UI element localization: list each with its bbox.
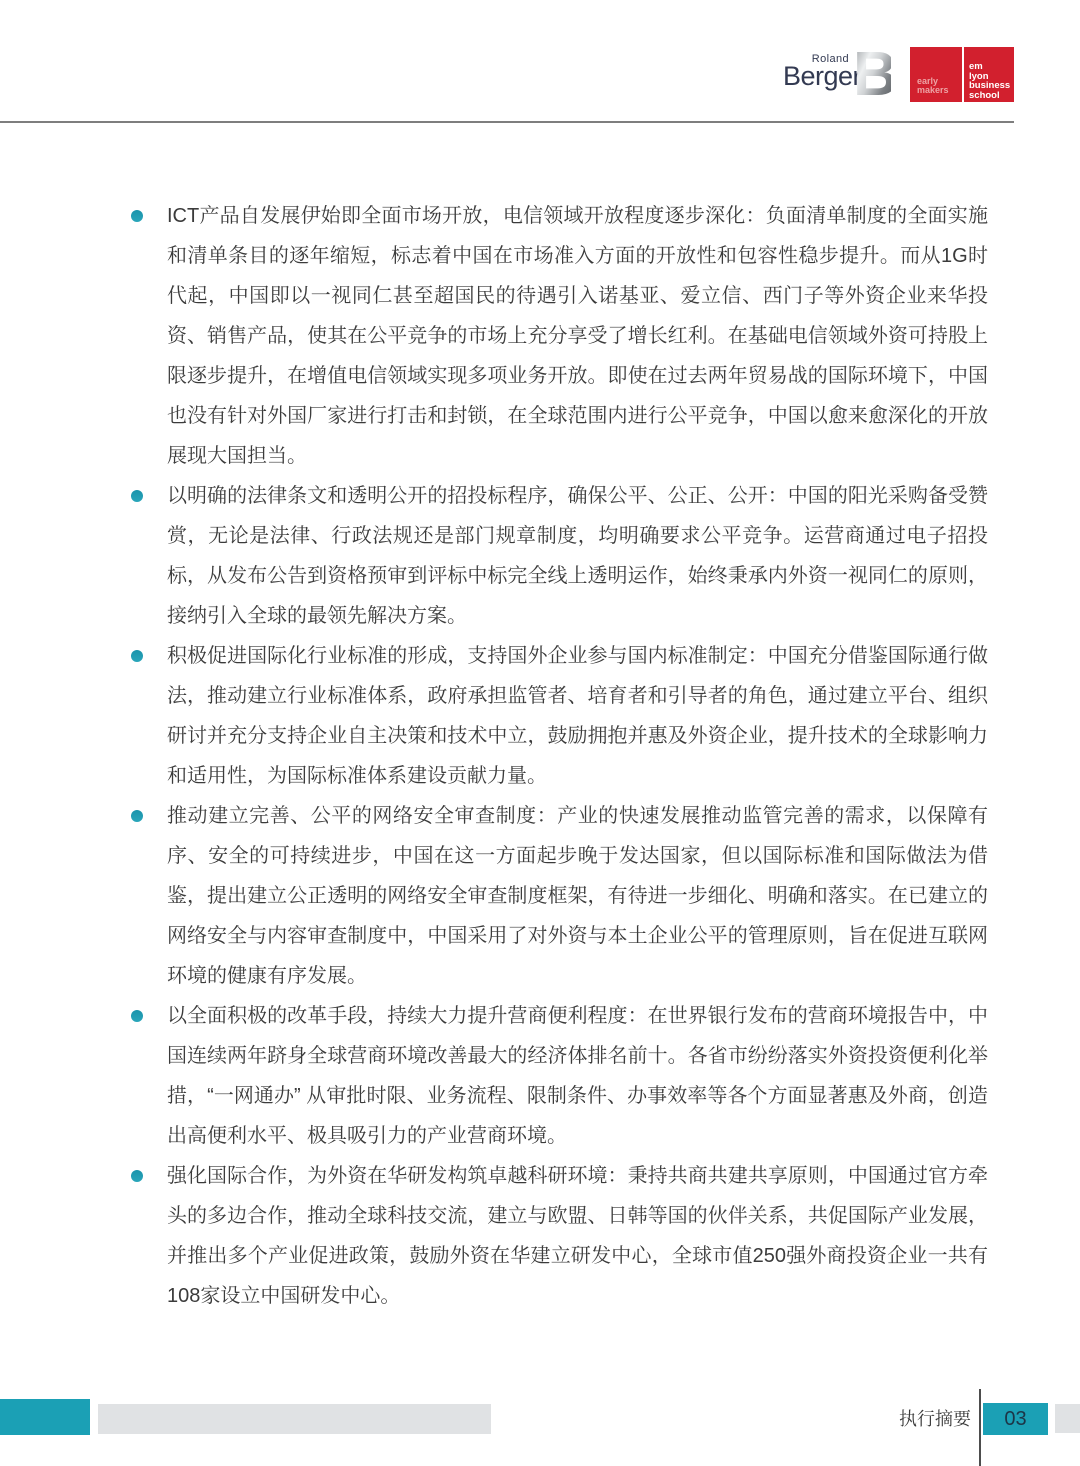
emlyon-tagline: early makers <box>917 77 949 95</box>
roland-berger-logo: Roland Berger B <box>783 50 891 102</box>
bullet-item: 以全面积极的改革手段，持续大力提升营商便利程度：在世界银行发布的营商环境报告中，… <box>128 996 988 1156</box>
footer-section-label: 执行摘要 <box>899 1409 971 1429</box>
emlyon-school-line4: school <box>969 91 1014 101</box>
page-number-box: 03 <box>983 1403 1048 1435</box>
roland-berger-b-icon: B <box>853 50 891 102</box>
emlyon-logo: early makers em lyon business school <box>910 47 1014 102</box>
bullet-text: ICT产品自发展伊始即全面市场开放，电信领域开放程度逐步深化：负面清单制度的全面… <box>167 205 988 467</box>
footer-gray-block-right <box>1055 1404 1080 1433</box>
footer-vertical-divider <box>979 1389 981 1466</box>
header-divider-line <box>0 121 1014 123</box>
roland-berger-wordmark: Roland Berger <box>783 54 849 88</box>
footer-gray-bar-left <box>98 1404 491 1434</box>
document-page: Roland Berger B early makers em lyon bus… <box>0 0 1080 1466</box>
emlyon-logo-left-half: early makers <box>910 47 964 102</box>
main-content: ICT产品自发展伊始即全面市场开放，电信领域开放程度逐步深化：负面清单制度的全面… <box>128 196 988 1316</box>
bullet-dot-icon <box>131 490 143 502</box>
roland-berger-wordmark-line2: Berger <box>783 65 849 88</box>
bullet-item: ICT产品自发展伊始即全面市场开放，电信领域开放程度逐步深化：负面清单制度的全面… <box>128 196 988 476</box>
bullet-item: 积极促进国际化行业标准的形成，支持国外企业参与国内标准制定：中国充分借鉴国际通行… <box>128 636 988 796</box>
bullet-item: 推动建立完善、公平的网络安全审查制度：产业的快速发展推动监管完善的需求，以保障有… <box>128 796 988 996</box>
page-number: 03 <box>1004 1408 1026 1431</box>
bullet-text: 积极促进国际化行业标准的形成，支持国外企业参与国内标准制定：中国充分借鉴国际通行… <box>167 645 988 787</box>
bullet-text: 以全面积极的改革手段，持续大力提升营商便利程度：在世界银行发布的营商环境报告中，… <box>167 1005 988 1147</box>
emlyon-school-name: em lyon business school <box>964 47 1014 102</box>
bullet-dot-icon <box>131 810 143 822</box>
bullet-dot-icon <box>131 210 143 222</box>
bullet-dot-icon <box>131 1170 143 1182</box>
bullet-text: 推动建立完善、公平的网络安全审查制度：产业的快速发展推动监管完善的需求，以保障有… <box>167 805 988 987</box>
bullet-item: 以明确的法律条文和透明公开的招投标程序，确保公平、公正、公开：中国的阳光采购备受… <box>128 476 988 636</box>
bullet-item: 强化国际合作，为外资在华研发构筑卓越科研环境：秉持共商共建共享原则，中国通过官方… <box>128 1156 988 1316</box>
footer-teal-block-left <box>0 1399 90 1435</box>
bullet-text: 强化国际合作，为外资在华研发构筑卓越科研环境：秉持共商共建共享原则，中国通过官方… <box>167 1165 988 1307</box>
bullet-list: ICT产品自发展伊始即全面市场开放，电信领域开放程度逐步深化：负面清单制度的全面… <box>128 196 988 1316</box>
bullet-text: 以明确的法律条文和透明公开的招投标程序，确保公平、公正、公开：中国的阳光采购备受… <box>167 485 988 627</box>
emlyon-tagline-line2: makers <box>917 86 949 95</box>
bullet-dot-icon <box>131 1010 143 1022</box>
bullet-dot-icon <box>131 650 143 662</box>
